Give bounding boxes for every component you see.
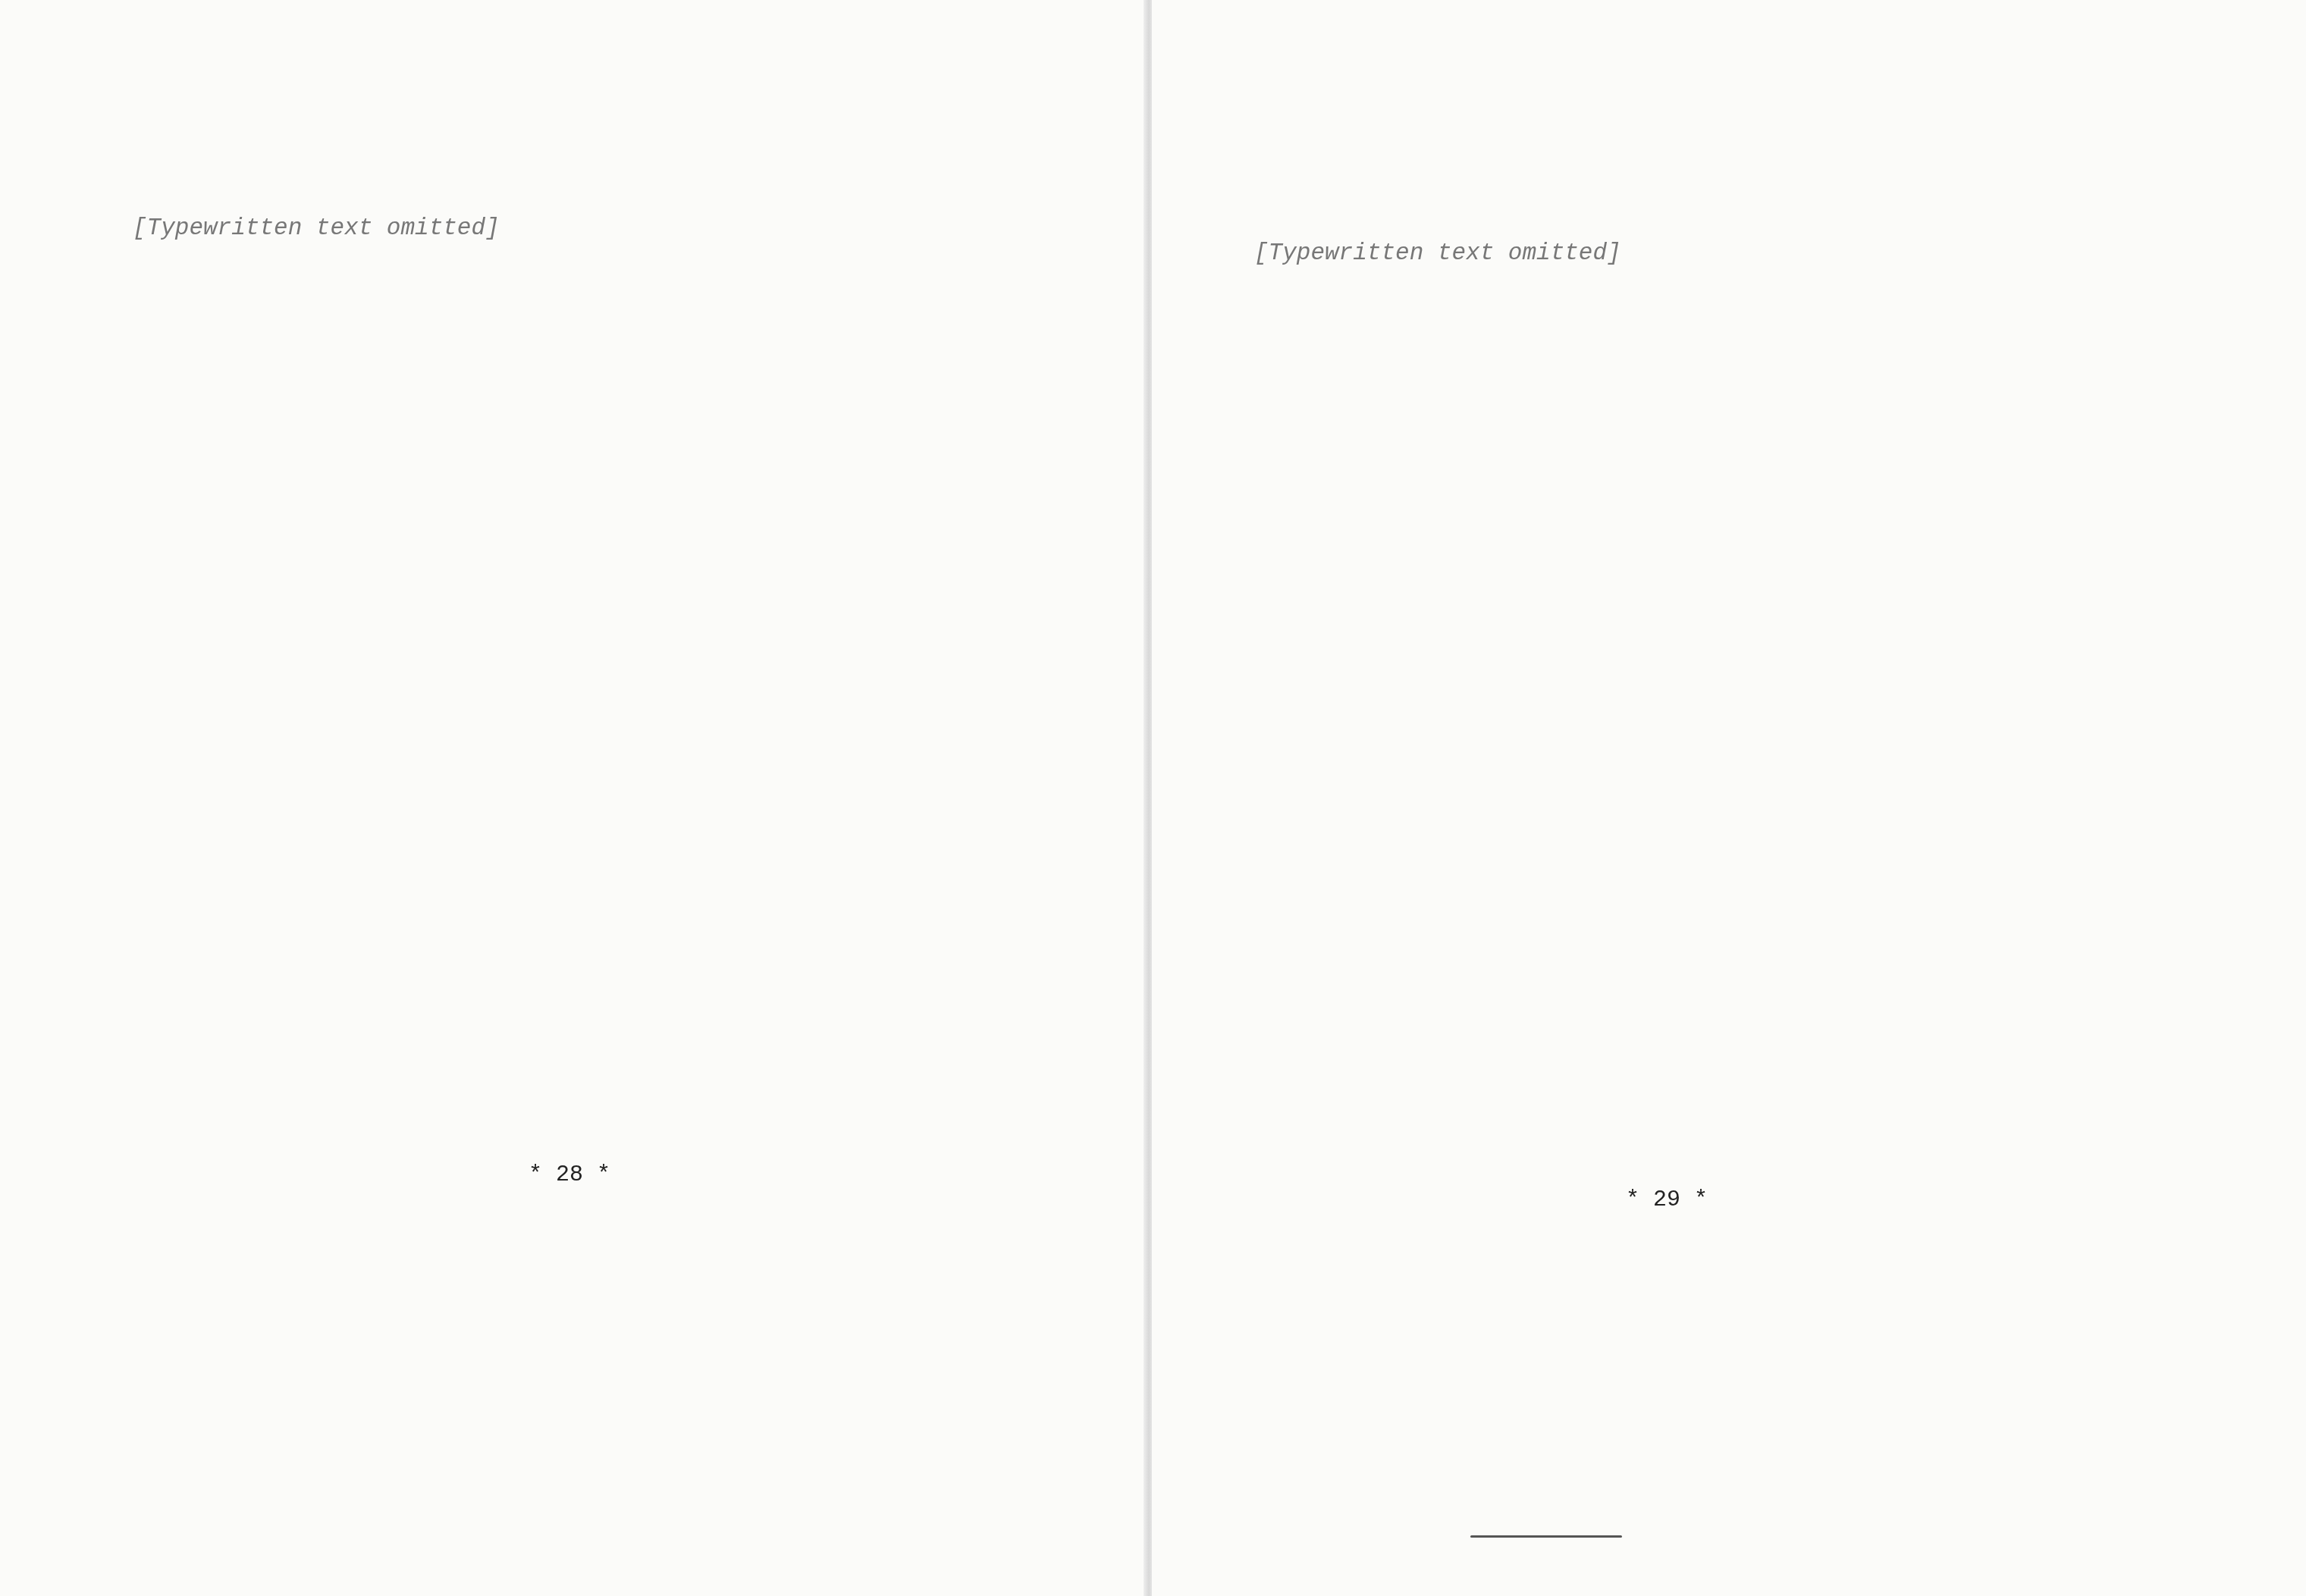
page-number: * 29 * [1626,1187,1708,1213]
page-number: * 28 * [529,1162,610,1188]
page-left: [Typewritten text omitted] * 28 * [0,0,1150,1596]
body-text: [Typewritten text omitted] [133,216,1111,241]
ink-smudge [1470,1535,1622,1538]
page-right: [Typewritten text omitted] * 29 * [1152,0,2306,1596]
body-text: [Typewritten text omitted] [1254,241,2240,266]
